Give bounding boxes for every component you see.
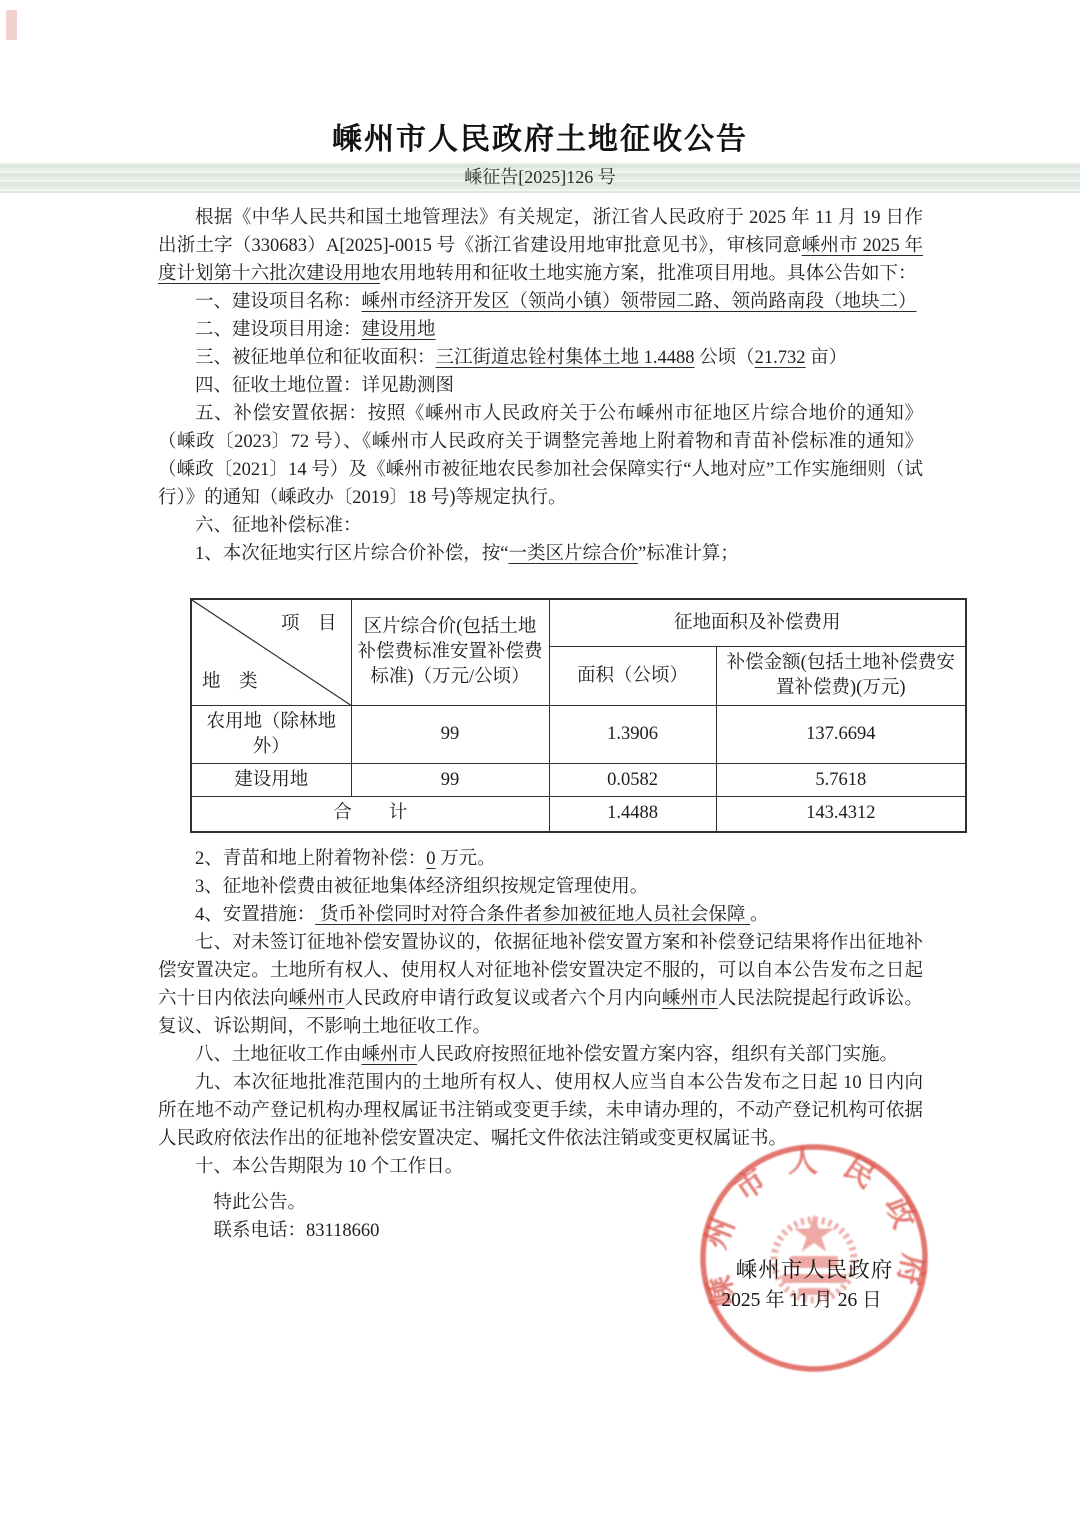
text-run: 八、土地征收工作由: [195, 1045, 362, 1065]
text-run: 十、本公告期限为 10 个工作日。: [195, 1157, 463, 1177]
text-run: 五、补偿安置依据：按照《嵊州市人民政府关于公布嵊州市征地区片综合地价的通知》（嵊…: [158, 404, 923, 508]
text-run: 1、本次征地实行区片综合价补偿，按“: [195, 544, 508, 564]
text-run: 4、安置措施：: [195, 905, 315, 925]
cell-amount: 137.6694: [716, 706, 966, 764]
text-run: 一、建设项目名称：: [195, 292, 362, 312]
text-run: 二、建设项目用途：: [195, 320, 362, 340]
item-6-standard-heading: 六、征地补偿标准：: [158, 512, 923, 540]
text-run: 万元。: [436, 849, 496, 869]
underlined-text: 嵊州市: [362, 1045, 418, 1065]
cell-area: 0.0582: [549, 764, 716, 797]
text-run: 。: [750, 905, 769, 925]
compensation-table: 项 目 地 类 区片综合价(包括土地补偿费标准安置补偿费标准)（万元/公顷） 征…: [190, 598, 967, 833]
text-run: 2、青苗和地上附着物补偿：: [195, 849, 426, 869]
underlined-text: 三江街道忠铨村集体土地 1.4488: [436, 348, 695, 368]
column-header-area: 面积（公顷）: [549, 647, 716, 706]
table-row: 农用地（除林地外） 99 1.3906 137.6694: [191, 706, 966, 764]
closing-declaration: 特此公告。: [158, 1189, 923, 1217]
announcement-page: 嵊州市人民政府土地征收公告 嵊征告[2025]126 号 根据《中华人民共和国土…: [0, 0, 1080, 1527]
corner-label-landtype: 地 类: [202, 670, 258, 695]
item-10-period: 十、本公告期限为 10 个工作日。: [158, 1153, 923, 1181]
row-label: 建设用地: [191, 764, 351, 797]
table-corner-cell: 项 目 地 类: [191, 599, 351, 706]
compensation-table-wrapper: 项 目 地 类 区片综合价(包括土地补偿费标准安置补偿费标准)（万元/公顷） 征…: [190, 598, 923, 833]
document-number: 嵊征告[2025]126 号: [0, 162, 1080, 193]
item-3-unit-area: 三、被征地单位和征收面积：三江街道忠铨村集体土地 1.4488 公顷（21.73…: [158, 344, 923, 372]
text-run: 人民政府申请行政复议或者六个月内向: [345, 989, 662, 1009]
text-run: 六、征地补偿标准：: [195, 516, 362, 536]
text-run: 三、被征地单位和征收面积：: [195, 348, 436, 368]
document-number-band: 嵊征告[2025]126 号: [0, 162, 1080, 193]
underlined-text: 一类区片综合价: [508, 544, 638, 564]
corner-label-project: 项 目: [281, 612, 337, 637]
table-total-row: 合 计 1.4488 143.4312: [191, 797, 966, 832]
cell-amount: 5.7618: [716, 764, 966, 797]
text-run: 公顷（: [695, 348, 755, 368]
underlined-text: 货币补偿同时对符合条件者参加被征地人员社会保障: [315, 905, 750, 925]
column-header-zone-price: 区片综合价(包括土地补偿费标准安置补偿费标准)（万元/公顷）: [351, 599, 549, 706]
contact-phone: 联系电话：83118660: [158, 1217, 923, 1245]
item-6-2-crops: 2、青苗和地上附着物补偿：0 万元。: [158, 845, 923, 873]
document-body: 根据《中华人民共和国土地管理法》有关规定，浙江省人民政府于 2025 年 11 …: [158, 204, 923, 1245]
item-5-compensation-basis: 五、补偿安置依据：按照《嵊州市人民政府关于公布嵊州市征地区片综合地价的通知》（嵊…: [158, 400, 923, 512]
text-run: 四、征收土地位置：详见勘测图: [195, 376, 454, 396]
signature-authority: 嵊州市人民政府: [712, 1253, 917, 1284]
text-run: 农用地转用和征收土地实施方案，批准项目用地。具体公告如下：: [380, 264, 917, 284]
column-header-amount: 补偿金额(包括土地补偿费安置补偿费)(万元): [716, 647, 966, 706]
item-8-implementation: 八、土地征收工作由嵊州市人民政府按照征地补偿安置方案内容，组织有关部门实施。: [158, 1041, 923, 1069]
row-label: 农用地（除林地外）: [191, 706, 351, 764]
total-amount: 143.4312: [716, 797, 966, 832]
item-9-registration: 九、本次征地批准范围内的土地所有权人、使用权人应当自本公告发布之日起 10 日内…: [158, 1069, 923, 1153]
document-title: 嵊州市人民政府土地征收公告: [0, 114, 1080, 158]
cell-area: 1.3906: [549, 706, 716, 764]
cell-price: 99: [351, 764, 549, 797]
item-7-dispute: 七、对未签订征地补偿安置协议的，依据征地补偿安置方案和补偿登记结果将作出征地补偿…: [158, 929, 923, 1041]
underlined-text: 嵊州市经济开发区（领尚小镇）领带园二路、领尚路南段（地块二）: [362, 292, 917, 312]
closing-block: 特此公告。 联系电话：83118660: [158, 1189, 923, 1245]
item-6-1-zone-price: 1、本次征地实行区片综合价补偿，按“一类区片综合价”标准计算；: [158, 540, 923, 568]
item-6-3-management: 3、征地补偿费由被征地集体经济组织按规定管理使用。: [158, 873, 923, 901]
underlined-text: 0: [426, 849, 435, 869]
underlined-text: 嵊州市: [662, 989, 718, 1009]
text-run: 九、本次征地批准范围内的土地所有权人、使用权人应当自本公告发布之日起 10 日内…: [158, 1073, 923, 1149]
item-6-4-resettlement: 4、安置措施： 货币补偿同时对符合条件者参加被征地人员社会保障 。: [158, 901, 923, 929]
signature-date: 2025 年 11 月 26 日: [699, 1284, 904, 1312]
item-1-project-name: 一、建设项目名称：嵊州市经济开发区（领尚小镇）领带园二路、领尚路南段（地块二）: [158, 288, 923, 316]
underlined-text: 21.732: [755, 348, 806, 368]
item-2-project-use: 二、建设项目用途：建设用地: [158, 316, 923, 344]
total-area: 1.4488: [549, 797, 716, 832]
text-run: 3、征地补偿费由被征地集体经济组织按规定管理使用。: [195, 877, 648, 897]
item-4-location: 四、征收土地位置：详见勘测图: [158, 372, 923, 400]
cell-price: 99: [351, 706, 549, 764]
text-run: 人民政府按照征地补偿安置方案内容，组织有关部门实施。: [417, 1045, 898, 1065]
underlined-text: 建设用地: [362, 320, 436, 340]
total-label: 合 计: [191, 797, 549, 832]
column-header-group: 征地面积及补偿费用: [549, 599, 966, 647]
table-row: 建设用地 99 0.0582 5.7618: [191, 764, 966, 797]
underlined-text: 嵊州市: [289, 989, 345, 1009]
text-run: 亩）: [806, 348, 848, 368]
scan-artifact-mark: [6, 10, 17, 40]
intro-paragraph: 根据《中华人民共和国土地管理法》有关规定，浙江省人民政府于 2025 年 11 …: [158, 204, 923, 288]
text-run: ”标准计算；: [638, 544, 739, 564]
